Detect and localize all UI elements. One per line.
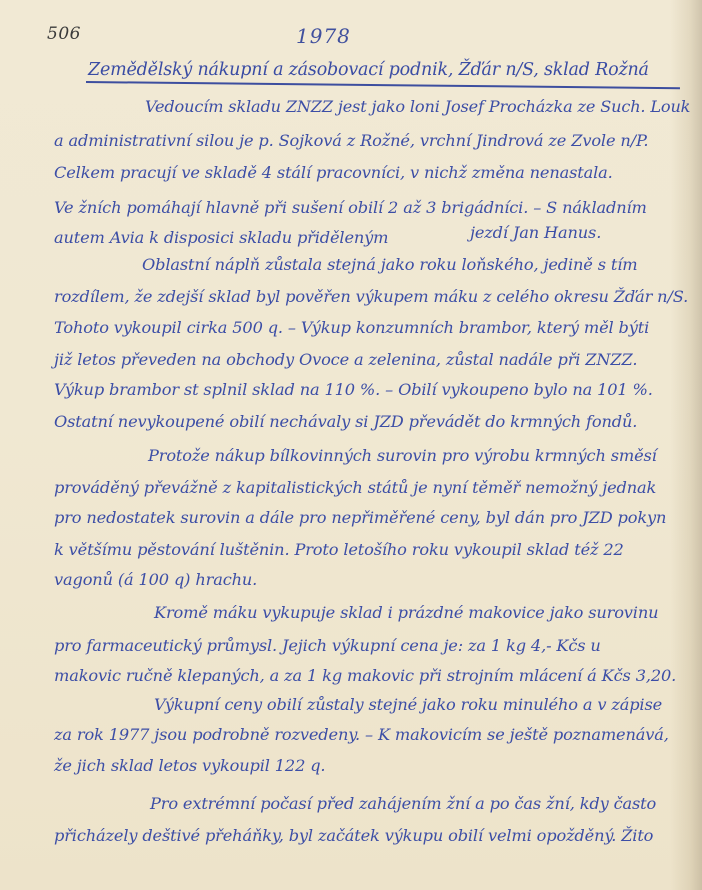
text-line: Výkup brambor st splnil sklad na 110 %. … — [54, 380, 653, 399]
text-line: Celkem pracují ve skladě 4 stálí pracovn… — [54, 163, 613, 182]
text-line: makovic ručně klepaných, a za 1 kg makov… — [54, 666, 676, 685]
year-heading: 1978 — [296, 24, 351, 48]
text-line: Oblastní náplň zůstala stejná jako roku … — [142, 255, 637, 274]
text-line: a administrativní silou je p. Sojková z … — [54, 131, 648, 150]
text-line: že jich sklad letos vykoupil 122 q. — [54, 756, 325, 775]
text-line: jezdí Jan Hanus. — [470, 223, 601, 242]
text-line: Kromě máku vykupuje sklad i prázdné mako… — [154, 603, 658, 622]
heading-underline — [86, 81, 680, 89]
text-line: k většímu pěstování luštěnin. Proto leto… — [54, 540, 624, 559]
text-line: přicházely deštivé přeháňky, byl začátek… — [54, 826, 653, 845]
text-line: Vedoucím skladu ZNZZ jest jako loni Jose… — [145, 97, 690, 116]
text-line: již letos převeden na obchody Ovoce a ze… — [54, 350, 637, 369]
text-line: Protože nákup bílkovinných surovin pro v… — [148, 446, 657, 465]
text-line: Tohoto vykoupil cirka 500 q. – Výkup kon… — [54, 318, 649, 337]
section-heading: Zemědělský nákupní a zásobovací podnik, … — [88, 60, 668, 80]
page-number: 506 — [47, 24, 81, 44]
text-line: Pro extrémní počasí před zahájením žní a… — [150, 794, 656, 813]
text-line: Ostatní nevykoupené obilí nechávaly si J… — [54, 412, 637, 431]
text-line: rozdílem, že zdejší sklad byl pověřen vý… — [54, 287, 688, 306]
text-line: vagonů (á 100 q) hrachu. — [54, 570, 257, 589]
text-line: Výkupní ceny obilí zůstaly stejné jako r… — [154, 695, 662, 714]
text-line: pro nedostatek surovin a dále pro nepřim… — [54, 508, 666, 527]
text-line: prováděný převážně z kapitalistických st… — [54, 478, 656, 497]
text-line: pro farmaceutický průmysl. Jejich výkupn… — [54, 636, 601, 655]
text-line: za rok 1977 jsou podrobně rozvedeny. – K… — [54, 725, 669, 744]
chronicle-page: 506 1978 Zemědělský nákupní a zásobovací… — [0, 0, 702, 890]
